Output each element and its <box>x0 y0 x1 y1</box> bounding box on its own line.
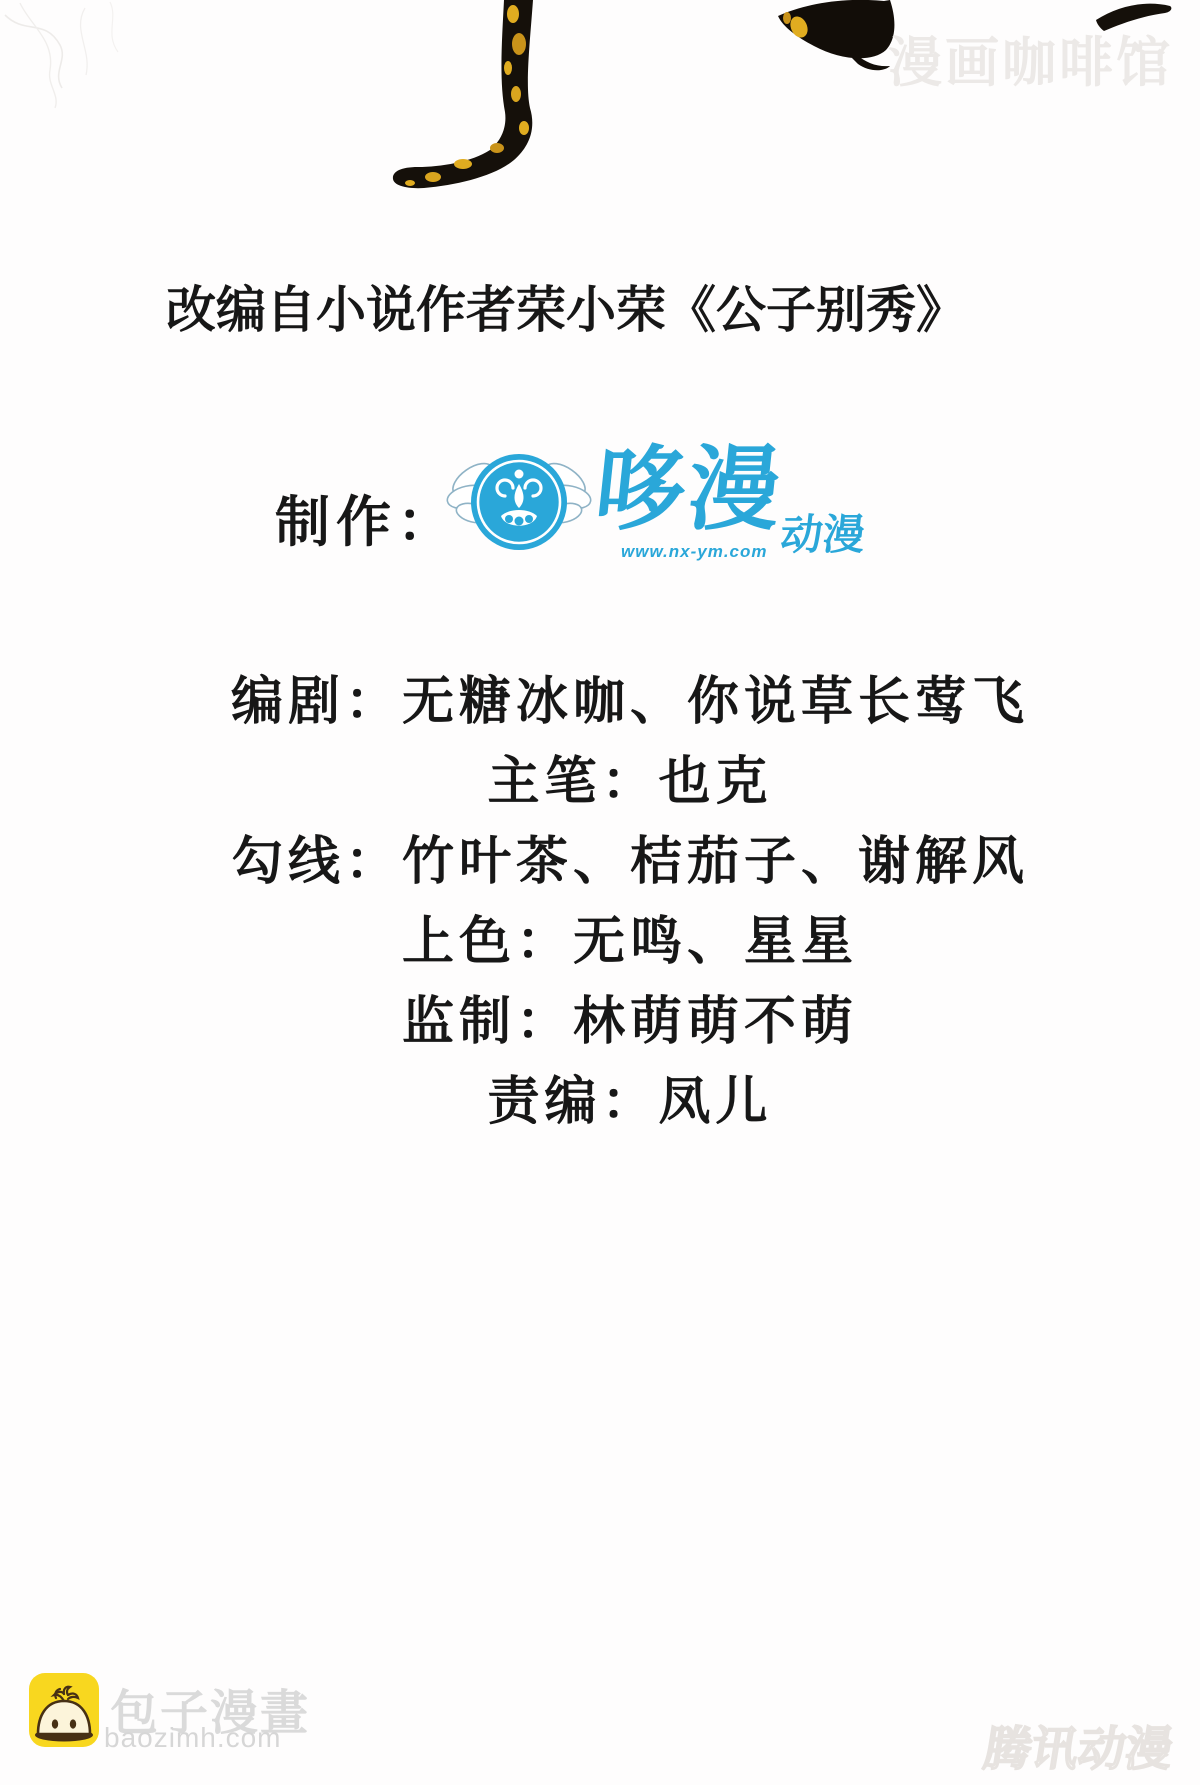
studio-logo: 哆漫 动漫 www.nx-ym.com <box>443 430 913 580</box>
credit-line-editor: 责编：凤儿 <box>100 1064 1160 1144</box>
baozi-bun-icon <box>28 1672 100 1750</box>
studio-name-suffix: 动漫 <box>778 502 868 562</box>
credit-line-lineart: 勾线：竹叶茶、桔茄子、谢解风 <box>100 824 1160 904</box>
center-hook-stroke <box>393 0 533 188</box>
credit-line-supervisor: 监制：林萌萌不萌 <box>100 984 1160 1064</box>
studio-url: www.nx-ym.com <box>621 542 768 562</box>
comic-credits-page: 漫画咖啡馆 改编自小说作者荣小荣《公子别秀》 制作： <box>0 0 1200 1785</box>
winged-circle-emblem-icon <box>443 434 595 574</box>
site-watermark: 漫画咖啡馆 <box>888 20 1173 97</box>
credit-line-lead-artist: 主笔：也克 <box>100 744 1160 824</box>
publisher-watermark: 腾讯动漫 <box>980 1712 1179 1779</box>
production-label: 制作： <box>275 478 458 557</box>
platform-url: baozimh.com <box>104 1722 282 1754</box>
studio-name-stylized: 哆漫 <box>588 416 790 548</box>
production-row: 制作： <box>275 430 915 580</box>
paper-texture <box>5 2 118 108</box>
adaptation-note: 改编自小说作者荣小荣《公子别秀》 <box>166 270 966 342</box>
credit-line-scriptwriter: 编剧：无糖冰咖、你说草长莺飞 <box>100 664 1160 744</box>
credit-line-coloring: 上色：无鸣、星星 <box>100 904 1160 984</box>
top-right-stroke <box>778 0 894 70</box>
credits-block: 编剧：无糖冰咖、你说草长莺飞 主笔：也克 勾线：竹叶茶、桔茄子、谢解风 上色：无… <box>100 664 1160 1144</box>
platform-badge: 包子漫畫 baozimh.com <box>28 1670 428 1765</box>
